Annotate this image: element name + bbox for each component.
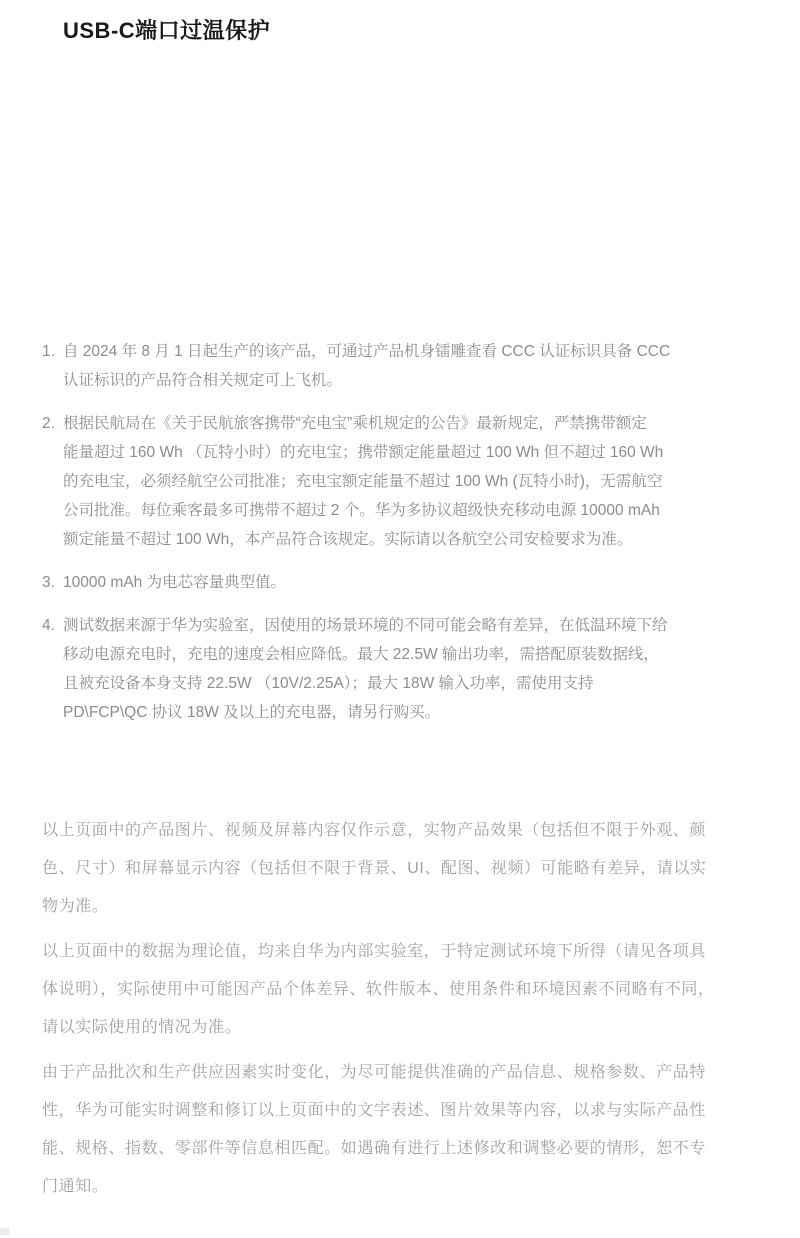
note-item-3: 3. 10000 mAh 为电芯容量典型值。 [42,568,782,597]
notes-list: 1. 自 2024 年 8 月 1 日起生产的该产品，可通过产品机身镭雕查看 C… [42,337,782,741]
disclaimer-section: 以上页面中的产品图片、视频及屏幕内容仅作示意，实物产品效果（包括但不限于外观、颜… [42,812,782,1213]
disclaimer-paragraph-data: 以上页面中的数据为理论值，均来自华为内部实验室，于特定测试环境下所得（请见各项具… [42,933,782,1047]
disclaimer-line: 能、规格、指数、零部件等信息相匹配。如遇确有进行上述修改和调整必要的情形，恕不专 [42,1130,782,1168]
disclaimer-line: 物为准。 [42,888,782,926]
note-line: 公司批准。每位乘客最多可携带不超过 2 个。华为多协议超级快充移动电源 1000… [63,496,782,525]
note-item-4: 4. 测试数据来源于华为实验室，因使用的场景环境的不同可能会略有差异，在低温环境… [42,611,782,727]
note-number: 3. [42,568,55,597]
note-line: 能量超过 160 Wh （瓦特小时）的充电宝；携带额定能量超过 100 Wh 但… [63,438,782,467]
disclaimer-line: 请以实际使用的情况为准。 [42,1009,782,1047]
page-title: USB-C端口过温保护 [63,14,270,45]
note-number: 2. [42,409,55,438]
disclaimer-line: 由于产品批次和生产供应因素实时变化，为尽可能提供准确的产品信息、规格参数、产品特 [42,1054,782,1092]
disclaimer-paragraph-revisions: 由于产品批次和生产供应因素实时变化，为尽可能提供准确的产品信息、规格参数、产品特… [42,1054,782,1206]
note-line: 的充电宝，必须经航空公司批准；充电宝额定能量不超过 100 Wh (瓦特小时)，… [63,467,782,496]
note-number: 4. [42,611,55,640]
disclaimer-paragraph-visuals: 以上页面中的产品图片、视频及屏幕内容仅作示意，实物产品效果（包括但不限于外观、颜… [42,812,782,926]
note-line: 10000 mAh 为电芯容量典型值。 [63,568,782,597]
disclaimer-line: 性，华为可能实时调整和修订以上页面中的文字表述、图片效果等内容，以求与实际产品性 [42,1092,782,1130]
note-line: 且被充设备本身支持 22.5W （10V/2.25A）；最大 18W 输入功率，… [63,669,782,698]
disclaimer-line: 色、尺寸）和屏幕显示内容（包括但不限于背景、UI、配图、视频）可能略有差异，请以… [42,850,782,888]
note-number: 1. [42,337,55,366]
note-line: 认证标识的产品符合相关规定可上飞机。 [63,366,782,395]
note-line: 移动电源充电时，充电的速度会相应降低。最大 22.5W 输出功率，需搭配原装数据… [63,640,782,669]
note-line: PD\FCP\QC 协议 18W 及以上的充电器，请另行购买。 [63,698,782,727]
disclaimer-line: 体说明），实际使用中可能因产品个体差异、软件版本、使用条件和环境因素不同略有不同… [42,971,782,1009]
note-item-2: 2. 根据民航局在《关于民航旅客携带“充电宝”乘机规定的公告》最新规定，严禁携带… [42,409,782,554]
disclaimer-line: 以上页面中的数据为理论值，均来自华为内部实验室，于特定测试环境下所得（请见各项具 [42,933,782,971]
note-line: 测试数据来源于华为实验室，因使用的场景环境的不同可能会略有差异，在低温环境下给 [63,611,782,640]
disclaimer-line: 门通知。 [42,1168,782,1206]
note-line: 自 2024 年 8 月 1 日起生产的该产品，可通过产品机身镭雕查看 CCC … [63,337,782,366]
note-line: 根据民航局在《关于民航旅客携带“充电宝”乘机规定的公告》最新规定，严禁携带额定 [63,409,782,438]
disclaimer-line: 以上页面中的产品图片、视频及屏幕内容仅作示意，实物产品效果（包括但不限于外观、颜 [42,812,782,850]
note-item-1: 1. 自 2024 年 8 月 1 日起生产的该产品，可通过产品机身镭雕查看 C… [42,337,782,395]
scrollbar-artifact [0,1228,9,1235]
note-line: 额定能量不超过 100 Wh，本产品符合该规定。实际请以各航空公司安检要求为准。 [63,525,782,554]
